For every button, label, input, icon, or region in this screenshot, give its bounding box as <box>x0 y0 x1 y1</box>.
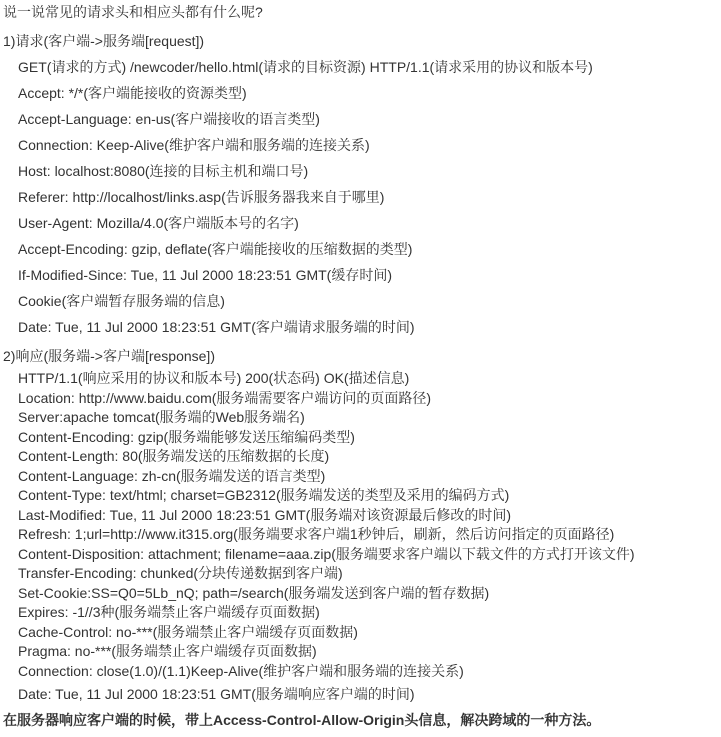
response-header-list: HTTP/1.1(响应采用的协议和版本号) 200(状态码) OK(描述信息)L… <box>3 369 713 681</box>
response-header-line: Cache-Control: no-***(服务端禁止客户端缓存页面数据) <box>3 623 713 643</box>
request-header-line: Referer: http://localhost/links.asp(告诉服务… <box>3 187 713 207</box>
response-header-line: Last-Modified: Tue, 11 Jul 2000 18:23:51… <box>3 506 713 526</box>
response-header-line: HTTP/1.1(响应采用的协议和版本号) 200(状态码) OK(描述信息) <box>3 369 713 389</box>
request-header-line: Date: Tue, 11 Jul 2000 18:23:51 GMT(客户端请… <box>3 317 713 337</box>
response-header-line: Refresh: 1;url=http://www.it315.org(服务端要… <box>3 525 713 545</box>
response-header-line: Location: http://www.baidu.com(服务端需要客户端访… <box>3 389 713 409</box>
article-content: 说一说常见的请求头和相应头都有什么呢? 1)请求(客户端->服务端[reques… <box>0 0 721 737</box>
request-header-line: Host: localhost:8080(连接的目标主机和端口号) <box>3 161 713 181</box>
response-header-line: Server:apache tomcat(服务端的Web服务端名) <box>3 408 713 428</box>
request-header-list: GET(请求的方式) /newcoder/hello.html(请求的目标资源)… <box>3 57 713 337</box>
response-header-line: Content-Type: text/html; charset=GB2312(… <box>3 486 713 506</box>
response-date-line: Date: Tue, 11 Jul 2000 18:23:51 GMT(服务端响… <box>3 684 713 704</box>
request-header-line: Cookie(客户端暂存服务端的信息) <box>3 291 713 311</box>
response-header-line: Connection: close(1.0)/(1.1)Keep-Alive(维… <box>3 662 713 682</box>
response-header-line: Content-Language: zh-cn(服务端发送的语言类型) <box>3 467 713 487</box>
page-title: 说一说常见的请求头和相应头都有什么呢? <box>3 2 713 22</box>
request-header-line: GET(请求的方式) /newcoder/hello.html(请求的目标资源)… <box>3 57 713 77</box>
response-header-line: Content-Encoding: gzip(服务端能够发送压缩编码类型) <box>3 428 713 448</box>
request-header-line: Accept-Language: en-us(客户端接收的语言类型) <box>3 109 713 129</box>
request-header-line: Connection: Keep-Alive(维护客户端和服务端的连接关系) <box>3 135 713 155</box>
request-header-line: User-Agent: Mozilla/4.0(客户端版本号的名字) <box>3 213 713 233</box>
request-header-line: Accept: */*(客户端能接收的资源类型) <box>3 83 713 103</box>
response-header-line: Content-Disposition: attachment; filenam… <box>3 545 713 565</box>
request-header-line: If-Modified-Since: Tue, 11 Jul 2000 18:2… <box>3 265 713 285</box>
response-section-heading: 2)响应(服务端->客户端[response]) <box>3 346 713 366</box>
response-header-line: Transfer-Encoding: chunked(分块传递数据到客户端) <box>3 564 713 584</box>
request-section-heading: 1)请求(客户端->服务端[request]) <box>3 31 713 51</box>
request-header-line: Accept-Encoding: gzip, deflate(客户端能接收的压缩… <box>3 239 713 259</box>
response-header-line: Expires: -1//3种(服务端禁止客户端缓存页面数据) <box>3 603 713 623</box>
response-header-line: Pragma: no-***(服务端禁止客户端缓存页面数据) <box>3 642 713 662</box>
footer-note: 在服务器响应客户端的时候，带上Access-Control-Allow-Orig… <box>3 710 713 730</box>
response-header-line: Content-Length: 80(服务端发送的压缩数据的长度) <box>3 447 713 467</box>
response-header-line: Set-Cookie:SS=Q0=5Lb_nQ; path=/search(服务… <box>3 584 713 604</box>
